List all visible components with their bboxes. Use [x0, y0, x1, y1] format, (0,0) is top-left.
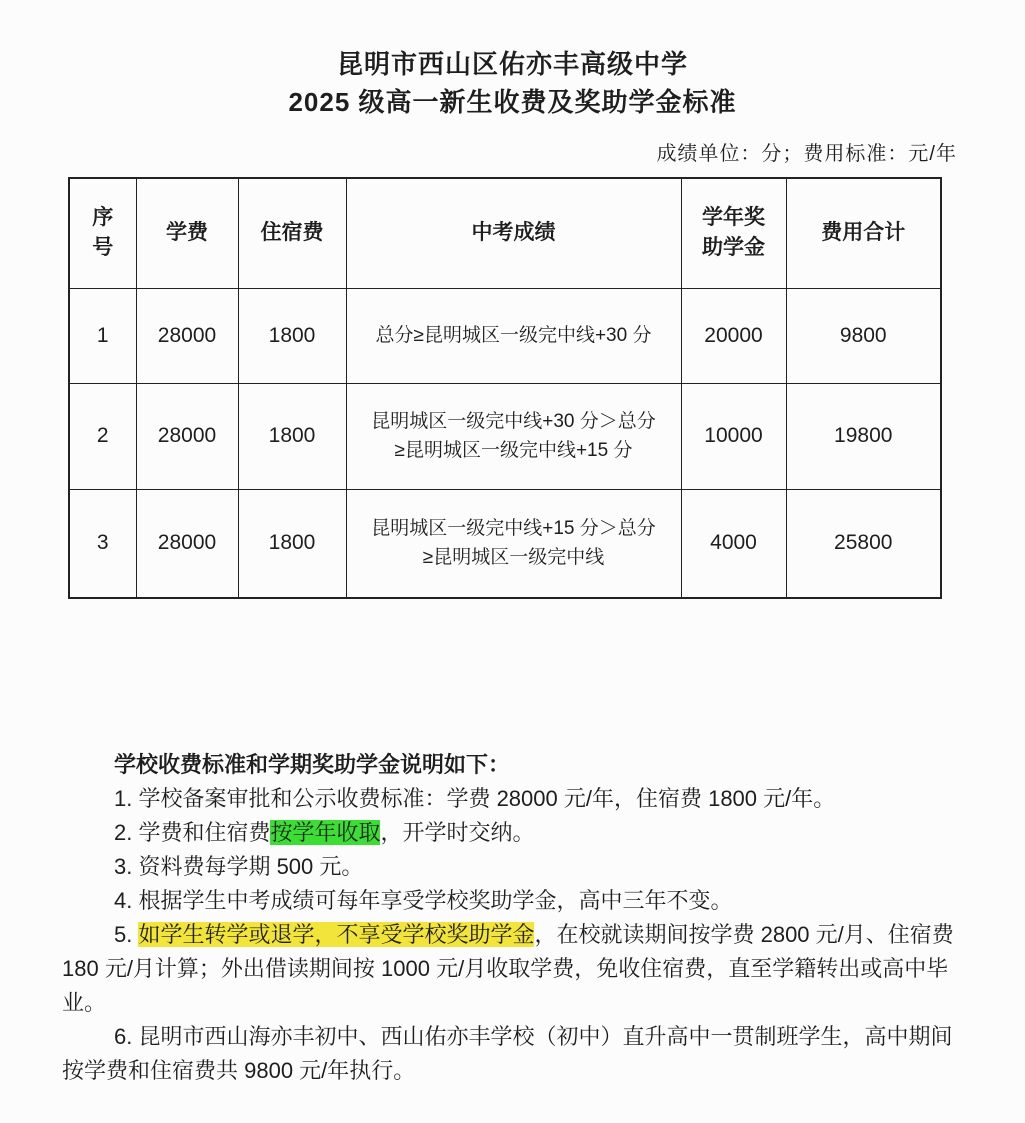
note-item-3: 3. 资料费每学期 500 元。: [62, 850, 962, 884]
table-row: 3 28000 1800 昆明城区一级完中线+15 分＞总分 ≥昆明城区一级完中…: [69, 489, 941, 598]
note-item-2-post: ，开学时交纳。: [380, 820, 534, 845]
cell-tuition: 28000: [136, 383, 238, 489]
note-item-1: 1. 学校备案审批和公示收费标准：学费 28000 元/年，住宿费 1800 元…: [62, 782, 962, 816]
cell-score: 昆明城区一级完中线+30 分＞总分 ≥昆明城区一级完中线+15 分: [346, 383, 681, 489]
header-award-line1: 学年奖: [686, 203, 782, 233]
header-total-line1: 费用合计: [791, 218, 937, 248]
document-page: 昆明市西山区佑亦丰高级中学 2025 级高一新生收费及奖助学金标准 成绩单位：分…: [0, 0, 1025, 1123]
document-title: 昆明市西山区佑亦丰高级中学: [0, 44, 1025, 81]
cell-score-line1: 总分≥昆明城区一级完中线+30 分: [351, 321, 677, 350]
cell-award: 10000: [681, 383, 786, 489]
notes-heading: 学校收费标准和学期奖助学金说明如下：: [62, 748, 962, 782]
note-item-5-pre: 5.: [114, 922, 138, 947]
header-seq-line2: 号: [74, 233, 132, 263]
header-tuition: 学费: [136, 178, 238, 288]
cell-total: 19800: [786, 383, 941, 489]
header-total: 费用合计: [786, 178, 941, 288]
cell-award: 4000: [681, 489, 786, 598]
cell-score-line1: 昆明城区一级完中线+30 分＞总分: [351, 407, 677, 436]
green-highlight: 按学年收取: [270, 820, 380, 845]
cell-tuition: 28000: [136, 489, 238, 598]
cell-lodging: 1800: [238, 288, 346, 383]
table-header-row: 序 号 学费 住宿费 中考成绩 学年奖 助学金 费用合计: [69, 178, 941, 288]
header-award-line2: 助学金: [686, 233, 782, 263]
cell-seq: 3: [69, 489, 136, 598]
table-row: 2 28000 1800 昆明城区一级完中线+30 分＞总分 ≥昆明城区一级完中…: [69, 383, 941, 489]
note-item-5: 5. 如学生转学或退学，不享受学校奖助学金，在校就读期间按学费 2800 元/月…: [62, 918, 962, 1020]
note-item-2-pre: 2. 学费和住宿费: [114, 820, 270, 845]
cell-tuition: 28000: [136, 288, 238, 383]
header-seq-line1: 序: [74, 203, 132, 233]
cell-score-line1: 昆明城区一级完中线+15 分＞总分: [351, 514, 677, 543]
note-item-2: 2. 学费和住宿费按学年收取，开学时交纳。: [62, 816, 962, 850]
fee-table: 序 号 学费 住宿费 中考成绩 学年奖 助学金 费用合计: [68, 177, 942, 599]
cell-score-line2: ≥昆明城区一级完中线: [351, 543, 677, 572]
header-score: 中考成绩: [346, 178, 681, 288]
cell-score-line2: ≥昆明城区一级完中线+15 分: [351, 436, 677, 465]
yellow-highlight: 如学生转学或退学，不享受学校奖助学金: [138, 922, 534, 947]
header-tuition-line1: 学费: [141, 218, 234, 248]
cell-award: 20000: [681, 288, 786, 383]
header-lodging: 住宿费: [238, 178, 346, 288]
header-lodging-line1: 住宿费: [243, 218, 342, 248]
note-item-6: 6. 昆明市西山海亦丰初中、西山佑亦丰学校（初中）直升高中一贯制班学生，高中期间…: [62, 1020, 962, 1088]
cell-total: 9800: [786, 288, 941, 383]
cell-seq: 1: [69, 288, 136, 383]
cell-total: 25800: [786, 489, 941, 598]
cell-lodging: 1800: [238, 489, 346, 598]
units-note: 成绩单位：分；费用标准：元/年: [656, 137, 957, 166]
cell-lodging: 1800: [238, 383, 346, 489]
table-row: 1 28000 1800 总分≥昆明城区一级完中线+30 分 20000 980…: [69, 288, 941, 383]
header-seq: 序 号: [69, 178, 136, 288]
cell-score: 总分≥昆明城区一级完中线+30 分: [346, 288, 681, 383]
cell-seq: 2: [69, 383, 136, 489]
note-item-4: 4. 根据学生中考成绩可每年享受学校奖助学金，高中三年不变。: [62, 884, 962, 918]
notes-section: 学校收费标准和学期奖助学金说明如下： 1. 学校备案审批和公示收费标准：学费 2…: [62, 748, 962, 1088]
header-score-line1: 中考成绩: [351, 218, 677, 248]
header-award: 学年奖 助学金: [681, 178, 786, 288]
document-subtitle: 2025 级高一新生收费及奖助学金标准: [0, 82, 1025, 119]
cell-score: 昆明城区一级完中线+15 分＞总分 ≥昆明城区一级完中线: [346, 489, 681, 598]
